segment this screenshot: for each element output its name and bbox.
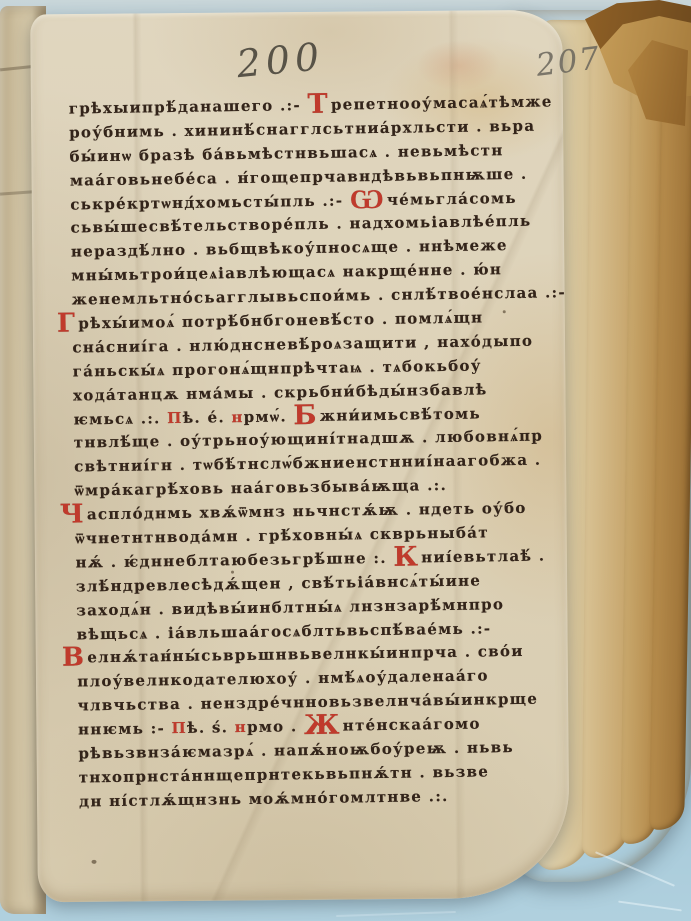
rubric-initial: Г: [57, 309, 77, 339]
ink-text: ськре́кртѡнд́хомьсты́пль .:-: [70, 191, 350, 213]
rubric-initial: К: [393, 541, 419, 572]
ink-text: ниі́евьтлаѣ́ .: [421, 546, 545, 566]
ink-text: ѣ. е́.: [182, 408, 231, 427]
table-scratch: [336, 911, 456, 917]
rubric-initial: Б: [293, 400, 318, 431]
ink-text: нѫ́ . ѥ́дннеблтаюбезьгрѣ́шне :.: [75, 549, 393, 572]
text-block: грѣхыипрѣ́данашего .:- Трепетнооу́масаѧ́…: [69, 92, 594, 816]
photograph: 200 грѣхыипрѣ́данашего .:- Трепетнооу́ма…: [0, 0, 691, 921]
ink-text: репетнооу́масаѧ́тѣмже: [331, 92, 553, 113]
rubric-text: н: [235, 718, 248, 736]
ink-text: грѣхыипрѣ́данашего .:-: [69, 96, 308, 118]
ink-text: рмо .: [247, 717, 304, 736]
manuscript-page: 200 грѣхыипрѣ́данашего .:- Трепетнооу́ма…: [30, 10, 570, 903]
ink-text: нте́нскаа́гомо: [343, 715, 481, 735]
rubric-text: н: [231, 408, 244, 426]
rubric-initial: Т: [307, 89, 329, 120]
rubric-text: П: [171, 719, 187, 737]
folio-number-ink: 200: [235, 34, 326, 86]
rubric-initial: В: [62, 643, 86, 673]
rubric-initial: Ѡ: [350, 183, 386, 215]
ink-text: ѥмьсѧ .:.: [73, 409, 167, 428]
ink-text: ннѥмь :-: [78, 719, 172, 738]
rubric-initial: Ч: [60, 500, 85, 530]
speck: [92, 860, 97, 864]
ink-text: ѣ. ѕ́.: [187, 718, 235, 737]
ink-text: че́мьгла́сомь: [387, 189, 517, 209]
rubric-initial: Ж: [304, 710, 341, 742]
ink-text: рмѡ́.: [244, 407, 294, 426]
ink-text: жни́имьсвѣ́томь: [320, 404, 481, 424]
rubric-text: П: [167, 409, 183, 427]
